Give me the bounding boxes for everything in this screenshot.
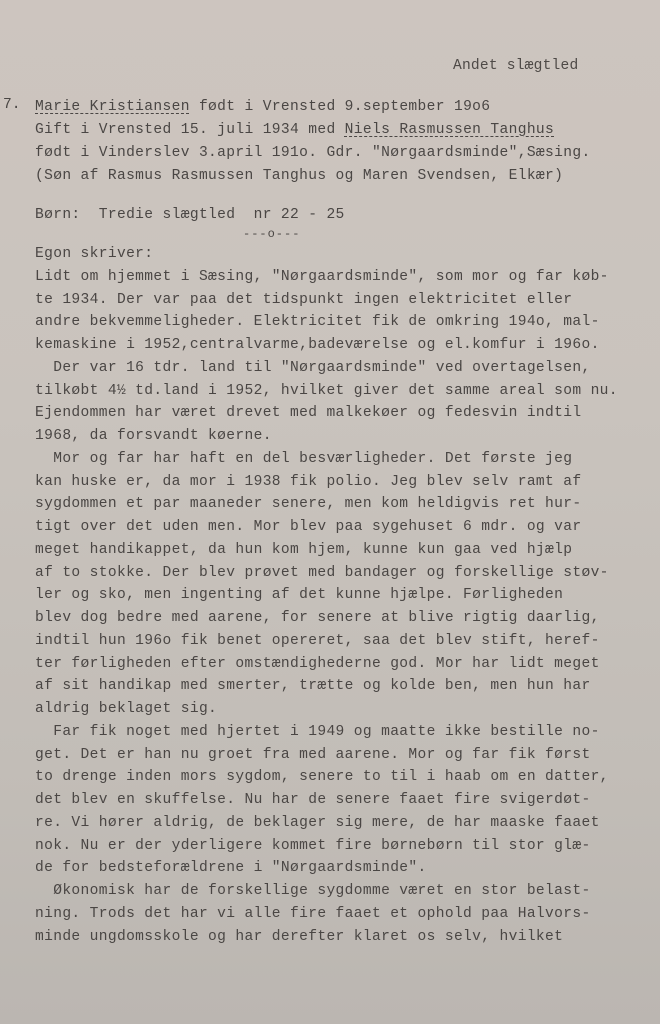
text-line: Egon skriver: <box>35 244 153 264</box>
generation-heading: Andet slægtled <box>453 58 578 74</box>
text-line: 1968, da forsvandt køerne. <box>35 426 272 446</box>
text-line: te 1934. Der var paa det tidspunkt ingen… <box>35 290 572 310</box>
text-line: blev dog bedre med aarene, for senere at… <box>35 608 600 628</box>
entry-number: 7. <box>3 97 21 113</box>
text-line: tigt over det uden men. Mor blev paa syg… <box>35 517 581 537</box>
header-line: født i Vinderslev 3.april 191o. Gdr. "Nø… <box>35 143 591 163</box>
text-line: Ejendommen har været drevet med malkekøe… <box>35 403 581 423</box>
text-line: Der var 16 tdr. land til "Nørgaardsminde… <box>35 358 591 378</box>
text-line: Lidt om hjemmet i Sæsing, "Nørgaardsmind… <box>35 267 609 287</box>
text-line: minde ungdomsskole og har derefter klare… <box>35 927 563 947</box>
header-line: (Søn af Rasmus Rasmussen Tanghus og Mare… <box>35 166 563 186</box>
text-line: af sit handikap med smerter, trætte og k… <box>35 676 591 696</box>
text-line: andre bekvemmeligheder. Elektricitet fik… <box>35 312 600 332</box>
text-line: Økonomisk har de forskellige sygdomme væ… <box>35 881 591 901</box>
section-separator: ---o--- <box>243 227 300 241</box>
header-text: født i Vrensted 9.september 19o6 <box>190 99 491 115</box>
header-text: født i Vinderslev 3.april 191o. Gdr. "Nø… <box>35 145 591 161</box>
text-line: ning. Trods det har vi alle fire faaet e… <box>35 904 591 924</box>
text-line: meget handikappet, da hun kom hjem, kunn… <box>35 540 572 560</box>
text-line: aldrig beklaget sig. <box>35 699 217 719</box>
text-line: nok. Nu er der yderligere kommet fire bø… <box>35 836 591 856</box>
text-line: sygdommen et par maaneder senere, men ko… <box>35 494 581 514</box>
underlined-name: Marie Kristiansen <box>35 99 190 115</box>
text-line: indtil hun 196o fik benet opereret, saa … <box>35 631 600 651</box>
text-line: get. Det er han nu groet fra med aarene.… <box>35 745 591 765</box>
text-line: to drenge inden mors sygdom, senere to t… <box>35 767 609 787</box>
text-line: kemaskine i 1952,centralvarme,badeværels… <box>35 335 600 355</box>
text-line: ler og sko, men ingenting af det kunne h… <box>35 585 563 605</box>
header-line: Marie Kristiansen født i Vrensted 9.sept… <box>35 97 490 117</box>
typewritten-page: Andet slægtled 7. Marie Kristiansen født… <box>0 0 660 1024</box>
text-line: Mor og far har haft en del besværlighede… <box>35 449 572 469</box>
text-line: af to stokke. Der blev prøvet med bandag… <box>35 563 609 583</box>
header-text: (Søn af Rasmus Rasmussen Tanghus og Mare… <box>35 168 563 184</box>
text-line: ter førligheden efter omstændighederne g… <box>35 654 600 674</box>
header-text: Gift i Vrensted 15. juli 1934 med <box>35 122 345 138</box>
children-reference: Børn: Tredie slægtled nr 22 - 25 <box>35 205 345 225</box>
underlined-name: Niels Rasmussen Tanghus <box>345 122 554 138</box>
text-line: re. Vi hører aldrig, de beklager sig mer… <box>35 813 600 833</box>
text-line: kan huske er, da mor i 1938 fik polio. J… <box>35 472 581 492</box>
header-line: Gift i Vrensted 15. juli 1934 med Niels … <box>35 120 554 140</box>
text-line: Far fik noget med hjertet i 1949 og maat… <box>35 722 600 742</box>
text-line: de for bedsteforældrene i "Nørgaardsmind… <box>35 858 427 878</box>
text-line: tilkøbt 4½ td.land i 1952, hvilket giver… <box>35 381 618 401</box>
text-line: det blev en skuffelse. Nu har de senere … <box>35 790 591 810</box>
